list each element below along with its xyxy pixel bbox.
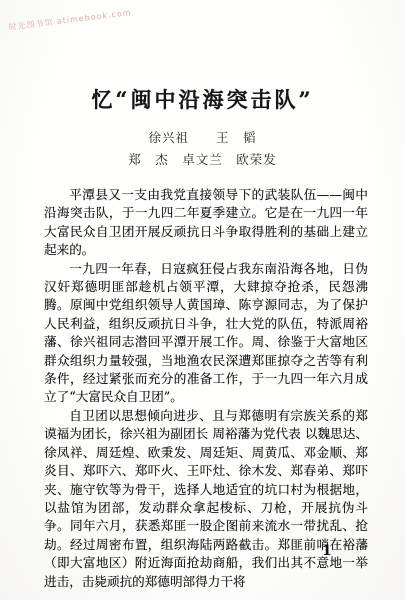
body-text: 平潭县又一支由我党直接领导下的武装队伍——闽中沿海突击队，于一九四二年夏季建立。… [44,186,368,591]
authors-line-1: 徐兴祖 王 韬 [0,127,405,149]
authors-block: 徐兴祖 王 韬 郑 杰 卓文兰 欧荣发 [0,127,405,171]
page-number: 1 [322,543,332,559]
library-watermark: 时光图书馆 atimebook.com [8,7,132,33]
authors-line-2: 郑 杰 卓文兰 欧荣发 [0,149,405,171]
body-paragraph: 自卫团以思想倾向进步、且与郑德明有宗族关系的郑谟福为团长，徐兴祖为副团长 周裕藩… [44,407,368,591]
body-paragraph: 平潭县又一支由我党直接领导下的武装队伍——闽中沿海突击队，于一九四二年夏季建立。… [44,186,368,260]
scanned-page: 时光图书馆 atimebook.com 忆“闽中沿海突击队” 徐兴祖 王 韬 郑… [0,0,405,600]
body-paragraph: 一九四一年春，日寇疯狂侵占我东南沿海各地，日伪汉奸郑德明匪部趁机占领平潭，大肆掠… [44,260,368,407]
article-title: 忆“闽中沿海突击队” [0,84,405,114]
